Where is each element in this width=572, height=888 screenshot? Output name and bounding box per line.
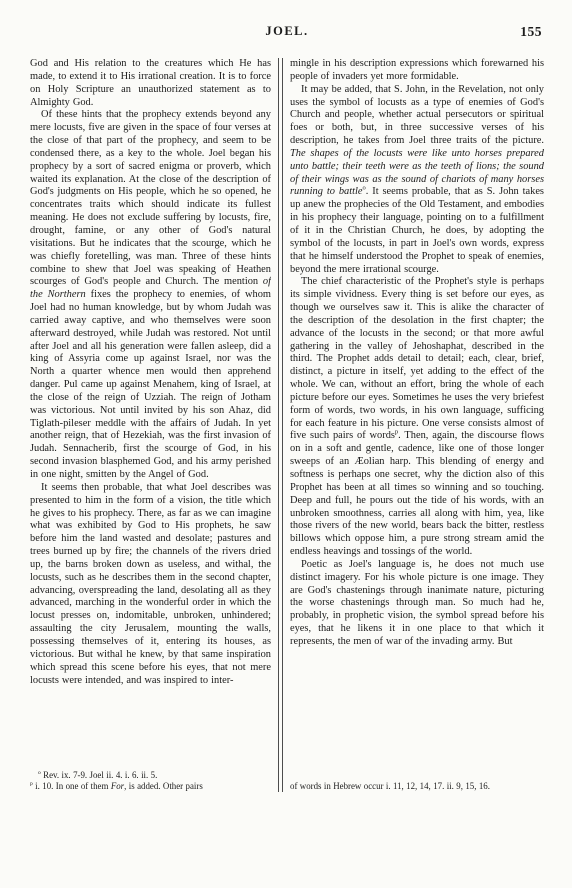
text-segment: Of these hints that the prophecy extends…	[30, 109, 271, 287]
text-segment: Poetic as Joel's language is, he does no…	[290, 559, 544, 647]
running-head: JOEL. 155	[30, 24, 544, 42]
paragraph: God and His relation to the creatures wh…	[30, 58, 271, 109]
page-number: 155	[520, 24, 542, 40]
column-divider-rule	[278, 58, 283, 792]
paragraph: It may be added, that S. John, in the Re…	[290, 84, 544, 277]
paragraph: It seems then probable, that what Joel d…	[30, 482, 271, 688]
paragraph: mingle in his description expressions wh…	[290, 58, 544, 84]
text-segment: For	[111, 781, 124, 791]
two-column-body: God and His relation to the creatures wh…	[30, 58, 544, 792]
footnote: of words in Hebrew occur i. 11, 12, 14, …	[290, 781, 544, 792]
footnote: p i. 10. In one of them For, is added. O…	[30, 781, 271, 792]
left-column-text: God and His relation to the creatures wh…	[30, 58, 271, 687]
paragraph: The chief characteristic of the Prophet'…	[290, 276, 544, 559]
right-column: mingle in his description expressions wh…	[290, 58, 544, 792]
text-segment: God and His relation to the creatures wh…	[30, 58, 271, 108]
paragraph: Poetic as Joel's language is, he does no…	[290, 559, 544, 649]
text-segment: It may be added, that S. John, in the Re…	[290, 84, 544, 146]
text-segment: . Then, again, the discourse flows on in…	[290, 430, 544, 557]
text-segment: mingle in his description expressions wh…	[290, 58, 544, 82]
text-segment: fixes the prophecy to enemies, of whom J…	[30, 289, 271, 480]
text-segment: . It seems probable, that as S. John tak…	[290, 186, 544, 274]
page-header-title: JOEL.	[30, 24, 544, 39]
left-column: God and His relation to the creatures wh…	[30, 58, 271, 792]
paragraph: Of these hints that the prophecy extends…	[30, 109, 271, 481]
text-segment: The chief characteristic of the Prophet'…	[290, 276, 544, 441]
right-column-footnotes: of words in Hebrew occur i. 11, 12, 14, …	[290, 773, 544, 792]
left-column-footnotes: o Rev. ix. 7-9. Joel ii. 4. i. 6. ii. 5.…	[30, 762, 271, 792]
text-segment: , is added. Other pairs	[124, 781, 203, 791]
book-page: JOEL. 155 God and His relation to the cr…	[0, 0, 572, 888]
text-segment: It seems then probable, that what Joel d…	[30, 482, 271, 686]
footnote: o Rev. ix. 7-9. Joel ii. 4. i. 6. ii. 5.	[30, 770, 271, 781]
right-column-text: mingle in his description expressions wh…	[290, 58, 544, 649]
text-segment: i. 10. In one of them	[33, 781, 111, 791]
text-segment: of words in Hebrew occur i. 11, 12, 14, …	[290, 781, 490, 791]
text-segment: Rev. ix. 7-9. Joel ii. 4. i. 6. ii. 5.	[41, 770, 158, 780]
